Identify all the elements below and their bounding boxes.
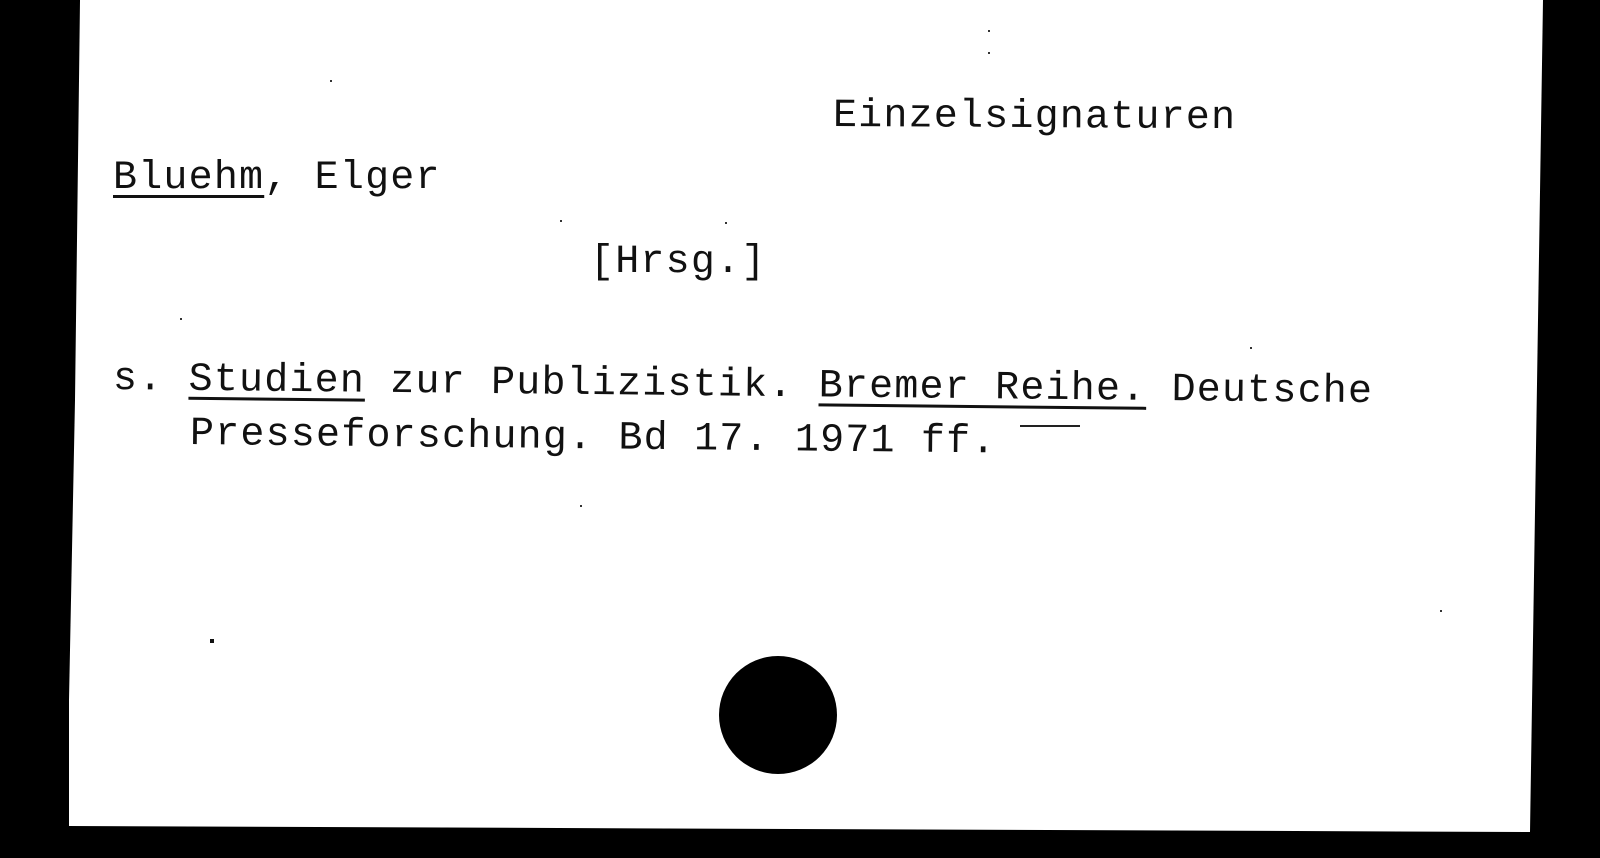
- scanned-card-image: Einzelsignaturen Bluehm, Elger [Hrsg.] s…: [0, 0, 1600, 858]
- author-separator: ,: [264, 156, 314, 201]
- collection-heading: Einzelsignaturen: [833, 97, 1236, 139]
- subseries-title: Bremer Reihe.: [818, 364, 1146, 412]
- reference-line-1: s. Studien zur Publizistik. Bremer Reihe…: [113, 360, 1374, 413]
- author-given-name: Elger: [315, 156, 441, 201]
- author-heading: Bluehm, Elger: [113, 159, 441, 199]
- scan-artifact-line: [1020, 425, 1080, 427]
- author-surname: Bluehm: [113, 156, 264, 201]
- dust-speck: [210, 639, 214, 643]
- dust-speck: [330, 80, 332, 82]
- catalog-card: Einzelsignaturen Bluehm, Elger [Hrsg.] s…: [0, 0, 1600, 858]
- dust-speck: [580, 505, 582, 507]
- dust-speck: [180, 318, 182, 320]
- dust-speck: [988, 52, 990, 54]
- dust-speck: [1440, 610, 1442, 612]
- see-prefix: s.: [113, 357, 189, 403]
- series-title-keyword: Studien: [188, 358, 365, 405]
- dust-speck: [725, 222, 727, 224]
- editor-role: [Hrsg.]: [590, 243, 766, 283]
- dust-speck: [988, 30, 990, 32]
- dust-speck: [1250, 347, 1252, 349]
- dust-speck: [560, 220, 562, 222]
- reference-line-2: Presseforschung. Bd 17. 1971 ff.: [190, 415, 997, 463]
- series-title-rest: zur Publizistik.: [365, 360, 819, 410]
- punch-hole: [719, 656, 837, 774]
- subseries-rest: Deutsche: [1146, 368, 1373, 415]
